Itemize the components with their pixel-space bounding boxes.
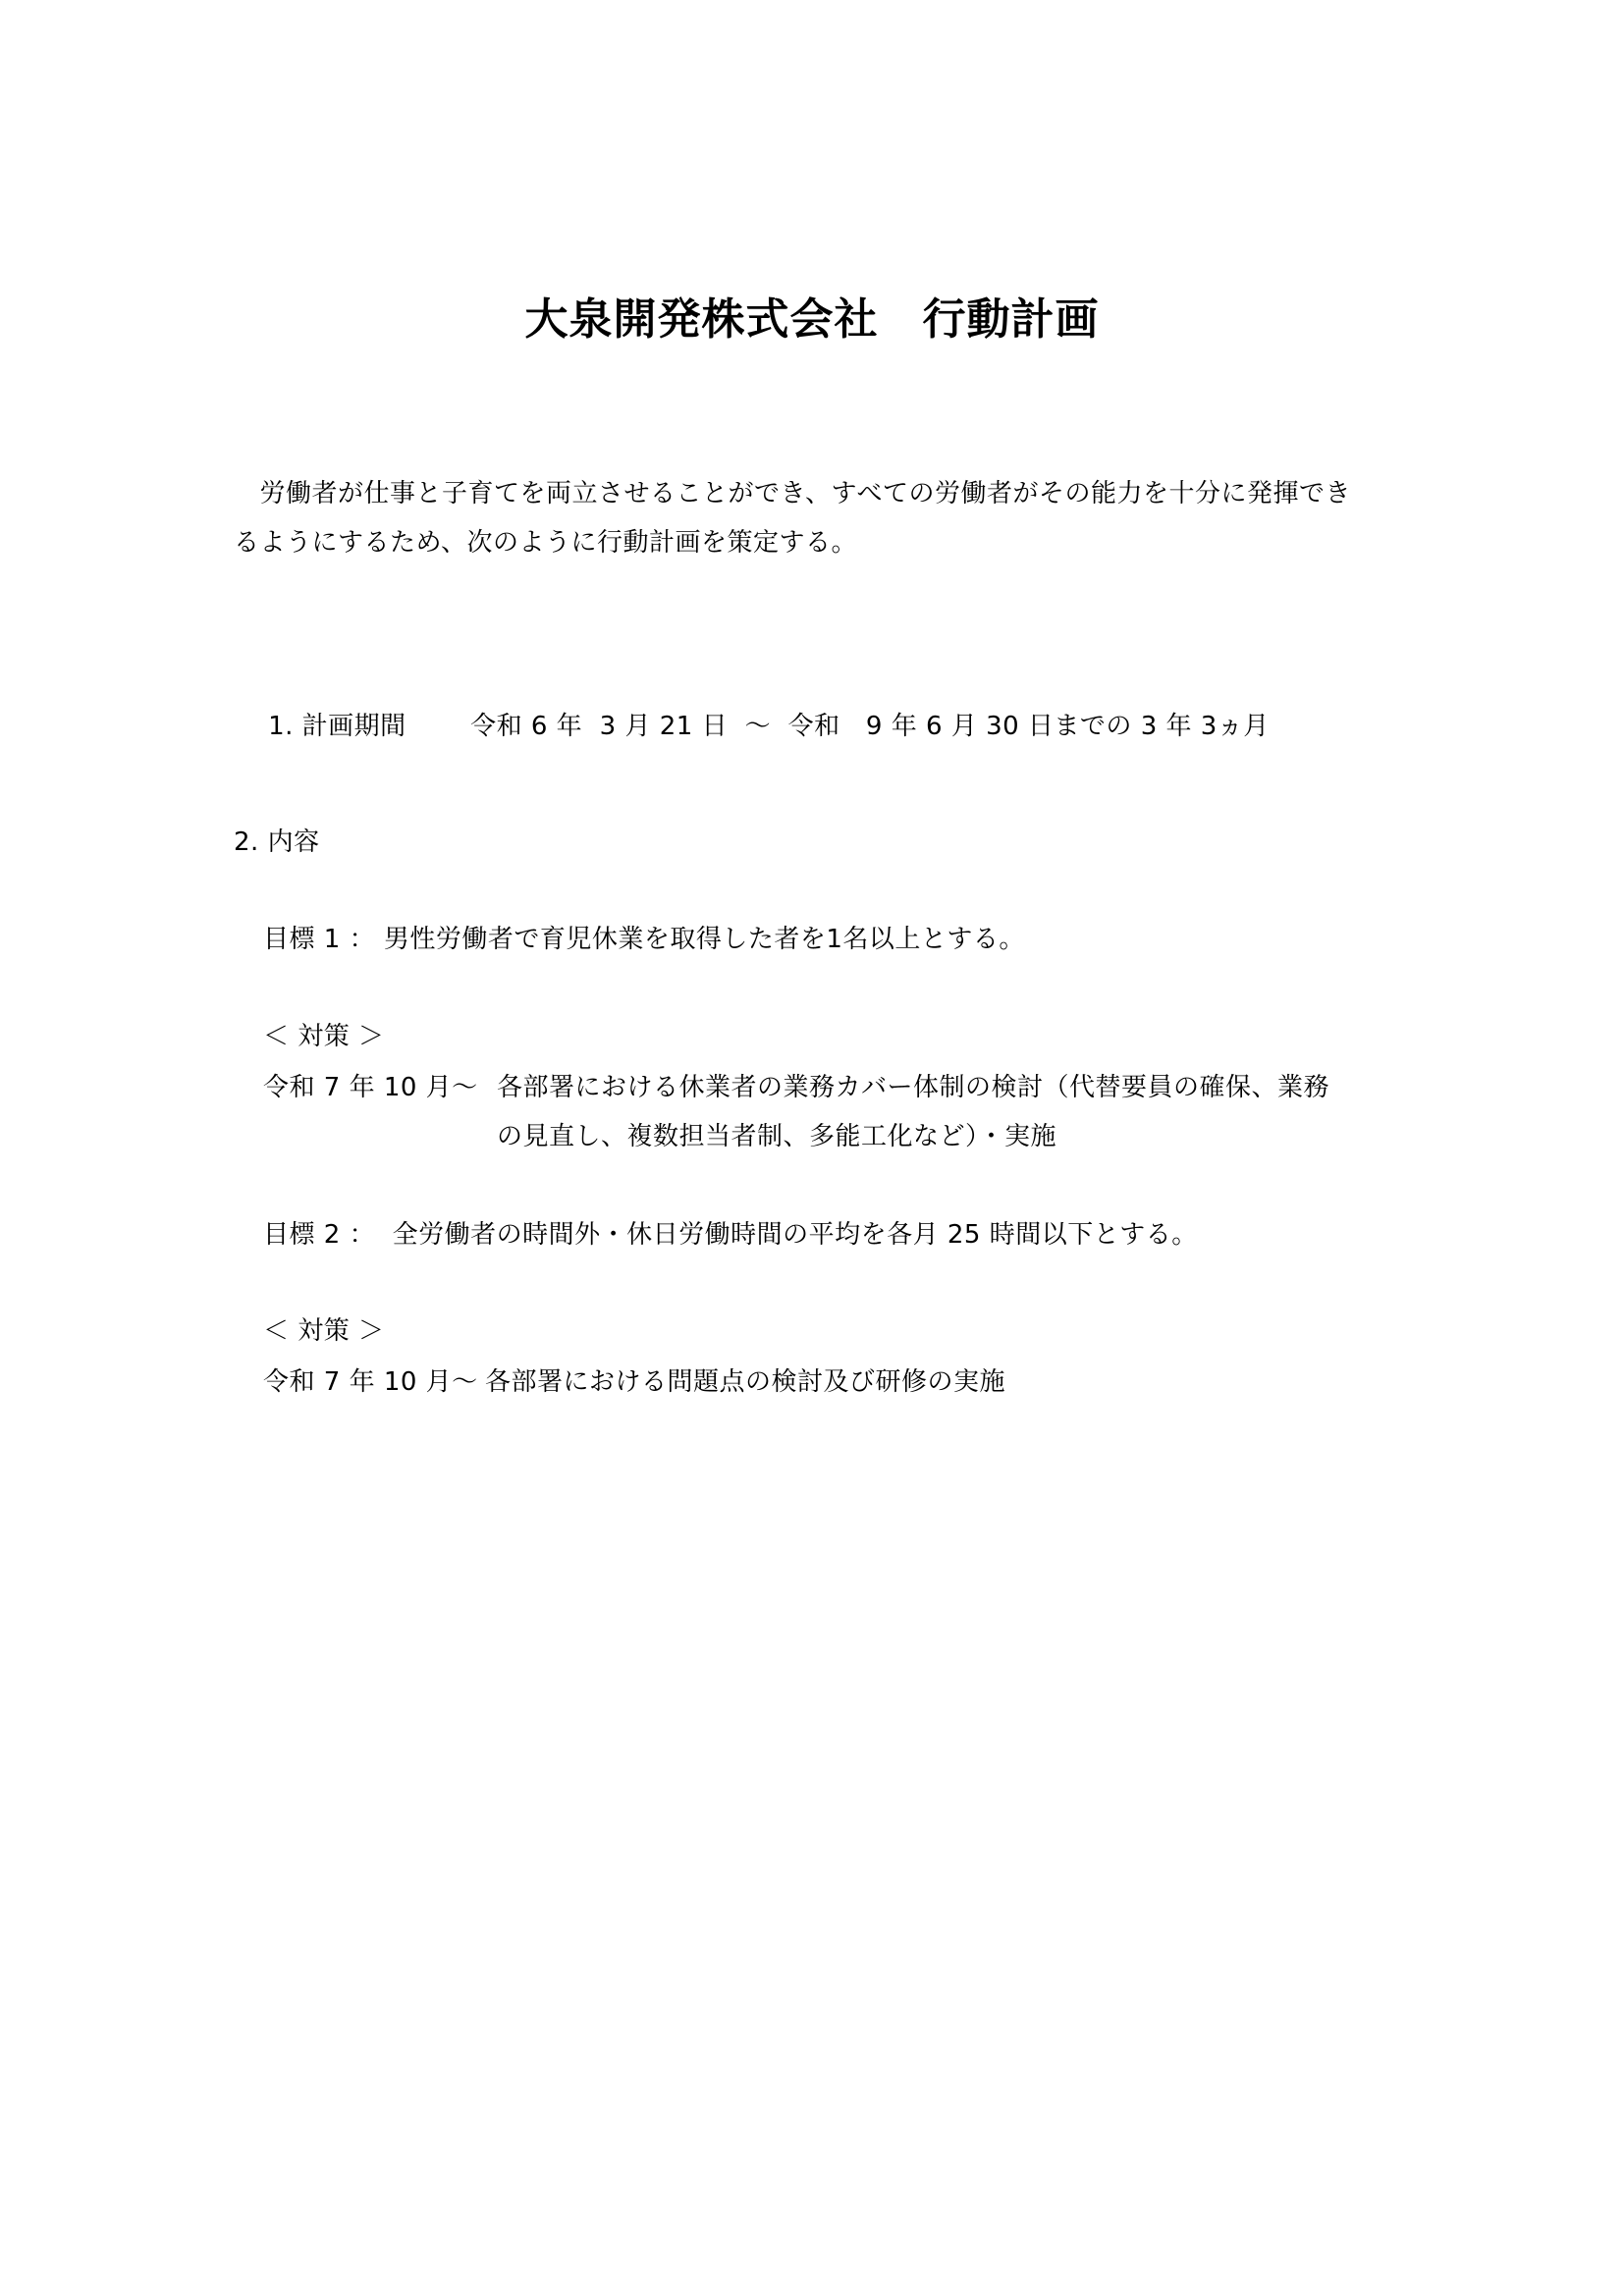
plan-period: 1. 計画期間令和 6 年 3 月 21 日 ～ 令和 9 年 6 月 30 日… [234, 673, 1270, 779]
intro-text-line-2: るようにするため、次のように行動計画を策定する。 [234, 525, 857, 561]
plan-period-label: 1. 計画期間 [268, 709, 470, 744]
intro-text-1: 労働者が仕事と子育てを両立させることができ、すべての労働者がその能力を十分に発揮… [260, 479, 1351, 508]
intro-text-line-1: 労働者が仕事と子育てを両立させることができ、すべての労働者がその能力を十分に発揮… [234, 476, 1351, 511]
plan-period-value: 令和 6 年 3 月 21 日 ～ 令和 9 年 6 月 30 日までの 3 年… [470, 712, 1270, 741]
goal-2-measure-date: 令和 7 年 10 月～ [263, 1364, 478, 1400]
content-heading: 2. 内容 [234, 825, 320, 860]
goal-2-measure-text: 各部署における問題点の検討及び研修の実施 [485, 1364, 1005, 1400]
goal-2: 目標 2 ： 全労働者の時間外・休日労働時間の平均を各月 25 時間以下とする。 [263, 1217, 1198, 1253]
goal-1-measure-text-line-1: 各部署における休業者の業務カバー体制の検討（代替要員の確保、業務 [497, 1070, 1329, 1105]
goal-2-measure-heading: ＜ 対策 ＞ [263, 1313, 385, 1349]
goal-1-measure-heading: ＜ 対策 ＞ [263, 1019, 385, 1054]
document-page: 大泉開発株式会社 行動計画 労働者が仕事と子育てを両立させることができ、すべての… [0, 0, 1624, 2296]
goal-1: 目標 1 ： 男性労働者で育児休業を取得した者を1名以上とする。 [263, 922, 1025, 957]
goal-1-measure-text-line-2: の見直し、複数担当者制、多能工化など）・実施 [497, 1119, 1056, 1154]
goal-1-measure-date: 令和 7 年 10 月～ [263, 1070, 478, 1105]
document-title: 大泉開発株式会社 行動計画 [0, 291, 1624, 349]
